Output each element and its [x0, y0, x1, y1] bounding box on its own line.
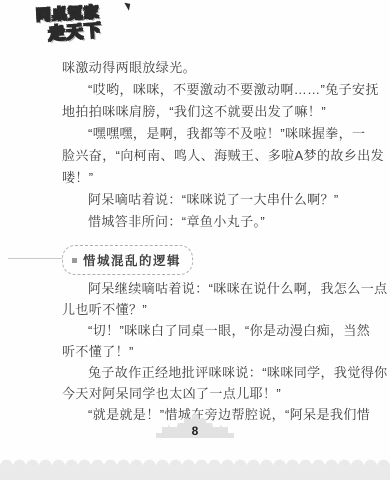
text-line: 咪激动得两眼放绿光。: [62, 57, 342, 79]
page-number: 8: [150, 424, 240, 438]
section-heading: 惜城混乱的逻辑: [62, 245, 193, 275]
section-heading-label: 惜城混乱的逻辑: [83, 251, 181, 269]
section-heading-row: 惜城混乱的逻辑: [0, 245, 390, 273]
text-line: 脸兴奋，“向柯南、鸣人、海贼王、多啦A梦的故乡出发: [62, 145, 342, 167]
text-line: 喽！”: [62, 167, 342, 189]
text-line: 今天对阿呆同学也太凶了一点儿耶！”: [62, 383, 342, 404]
text-line: “嘿嘿嘿，是啊，我都等不及啦！”咪咪握拳，一: [62, 123, 342, 145]
book-page: 同桌冤家 走天下 咪激动得两眼放绿光。“哎哟，咪咪，不要激动不要激动啊……”兔子…: [0, 0, 390, 480]
square-bullet-icon: [72, 258, 77, 263]
story-text-block-2: 阿呆继续嘀咕着说：“咪咪在说什么啊，我怎么一点儿也听不懂？”“切！”咪咪白了同桌…: [62, 278, 342, 425]
story-text-block-1: 咪激动得两眼放绿光。“哎哟，咪咪，不要激动不要激动啊……”兔子安抚地拍拍咪咪肩膀…: [62, 57, 342, 233]
text-line: “切！”咪咪白了同桌一眼，“你是动漫白痴，当然: [62, 320, 342, 341]
text-line: 听不懂了！”: [62, 341, 342, 362]
text-line: 阿呆继续嘀咕着说：“咪咪在说什么啊，我怎么一点: [62, 278, 342, 299]
page-footer: 8: [150, 411, 240, 443]
wave-border: [0, 465, 390, 480]
text-line: “哎哟，咪咪，不要激动不要激动啊……”兔子安抚: [62, 79, 342, 101]
logo-title-line2: 走天下: [48, 20, 127, 42]
text-line: 兔子故作正经地批评咪咪说：“咪咪同学，我觉得你: [62, 362, 342, 383]
heading-leader-line: [8, 258, 66, 259]
text-line: 地拍拍咪咪肩膀，“我们这不就要出发了嘛！”: [62, 101, 342, 123]
book-series-logo: 同桌冤家 走天下: [36, 5, 127, 53]
logo-accent-mark-icon: [123, 3, 130, 11]
text-line: 阿呆嘀咕着说：“咪咪说了一大串什么啊？”: [62, 189, 342, 211]
text-line: 儿也听不懂？”: [62, 299, 342, 320]
text-line: 惜城答非所问：“章鱼小丸子。”: [62, 211, 342, 233]
